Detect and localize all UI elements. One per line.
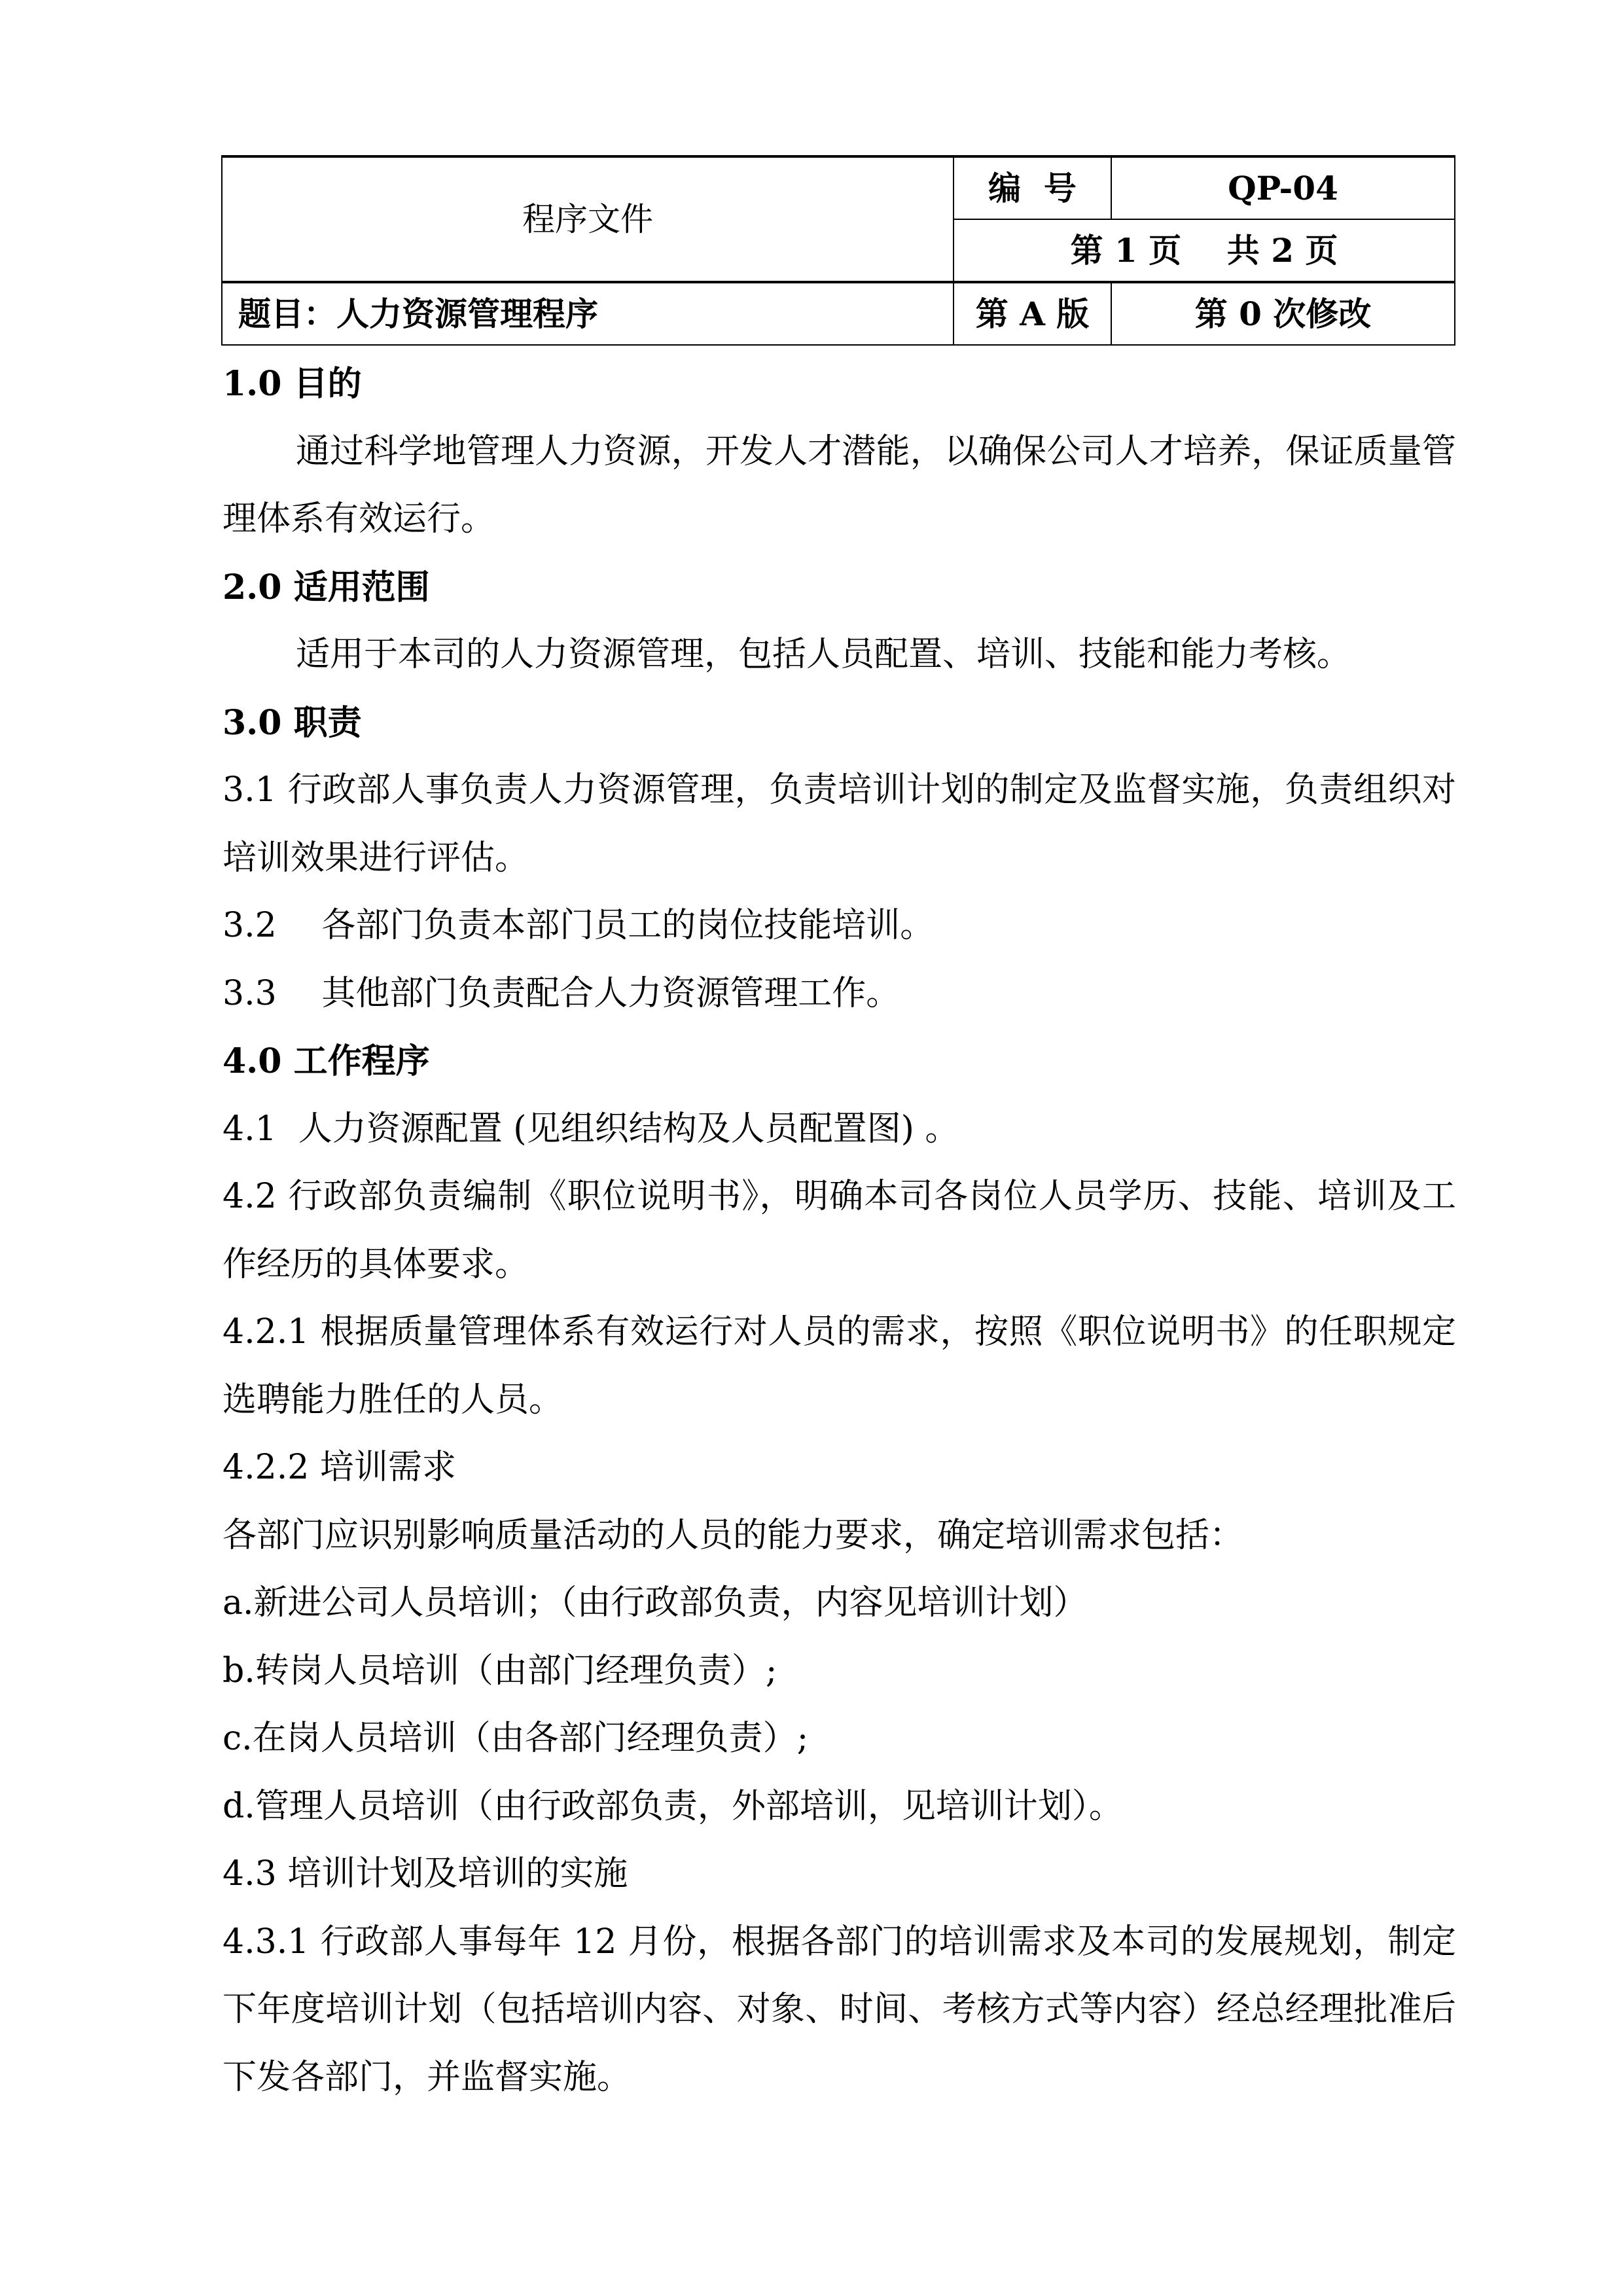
paragraph: 4.3 培训计划及培训的实施: [223, 1840, 1456, 1909]
section-heading-responsibilities: 3.0 职责: [223, 689, 1456, 757]
document-body: 1.0 目的 通过科学地管理人力资源，开发人才潜能，以确保公司人才培养，保证质量…: [223, 350, 1456, 2111]
paragraph: 各部门应识别影响质量活动的人员的能力要求，确定培训需求包括：: [223, 1502, 1456, 1570]
page-info-cell: 第 1 页 共 2 页: [954, 219, 1455, 282]
version-cell: 第 A 版: [954, 282, 1111, 345]
paragraph: 4.2.2 培训需求: [223, 1434, 1456, 1502]
paragraph: 4.2.1 根据质量管理体系有效运行对人员的需求，按照《职位说明书》的任职规定选…: [223, 1299, 1456, 1434]
revision-cell: 第 0 次修改: [1111, 282, 1455, 345]
number-label-cell: 编 号: [954, 156, 1111, 219]
list-item: b.转岗人员培训（由部门经理负责）;: [223, 1638, 1456, 1706]
title-cell: 题目：人力资源管理程序: [222, 282, 954, 345]
list-item: d.管理人员培训（由行政部负责，外部培训，见培训计划）。: [223, 1773, 1456, 1841]
paragraph: 4.3.1 行政部人事每年 12 月份，根据各部门的培训需求及本司的发展规划，制…: [223, 1909, 1456, 2112]
document-header-table: 程序文件 编 号 QP-04 第 1 页 共 2 页 题目：人力资源管理程序 第…: [221, 155, 1455, 346]
paragraph: 通过科学地管理人力资源，开发人才潜能，以确保公司人才培养，保证质量管理体系有效运…: [223, 418, 1456, 554]
paragraph: 3.2 各部门负责本部门员工的岗位技能培训。: [223, 892, 1456, 960]
doc-type-cell: 程序文件: [222, 156, 954, 282]
paragraph: 4.1 人力资源配置 (见组织结构及人员配置图) 。: [223, 1096, 1456, 1164]
paragraph: 4.2 行政部负责编制《职位说明书》，明确本司各岗位人员学历、技能、培训及工作经…: [223, 1163, 1456, 1299]
section-heading-scope: 2.0 适用范围: [223, 554, 1456, 622]
paragraph: 3.3 其他部门负责配合人力资源管理工作。: [223, 960, 1456, 1028]
list-item: c.在岗人员培训（由各部门经理负责）;: [223, 1705, 1456, 1773]
paragraph: 适用于本司的人力资源管理，包括人员配置、培训、技能和能力考核。: [223, 621, 1456, 689]
section-heading-procedure: 4.0 工作程序: [223, 1028, 1456, 1096]
number-value-cell: QP-04: [1111, 156, 1455, 219]
list-item: a.新进公司人员培训；（由行政部负责，内容见培训计划）: [223, 1570, 1456, 1638]
paragraph: 3.1 行政部人事负责人力资源管理，负责培训计划的制定及监督实施，负责组织对培训…: [223, 757, 1456, 892]
section-heading-purpose: 1.0 目的: [223, 350, 1456, 418]
